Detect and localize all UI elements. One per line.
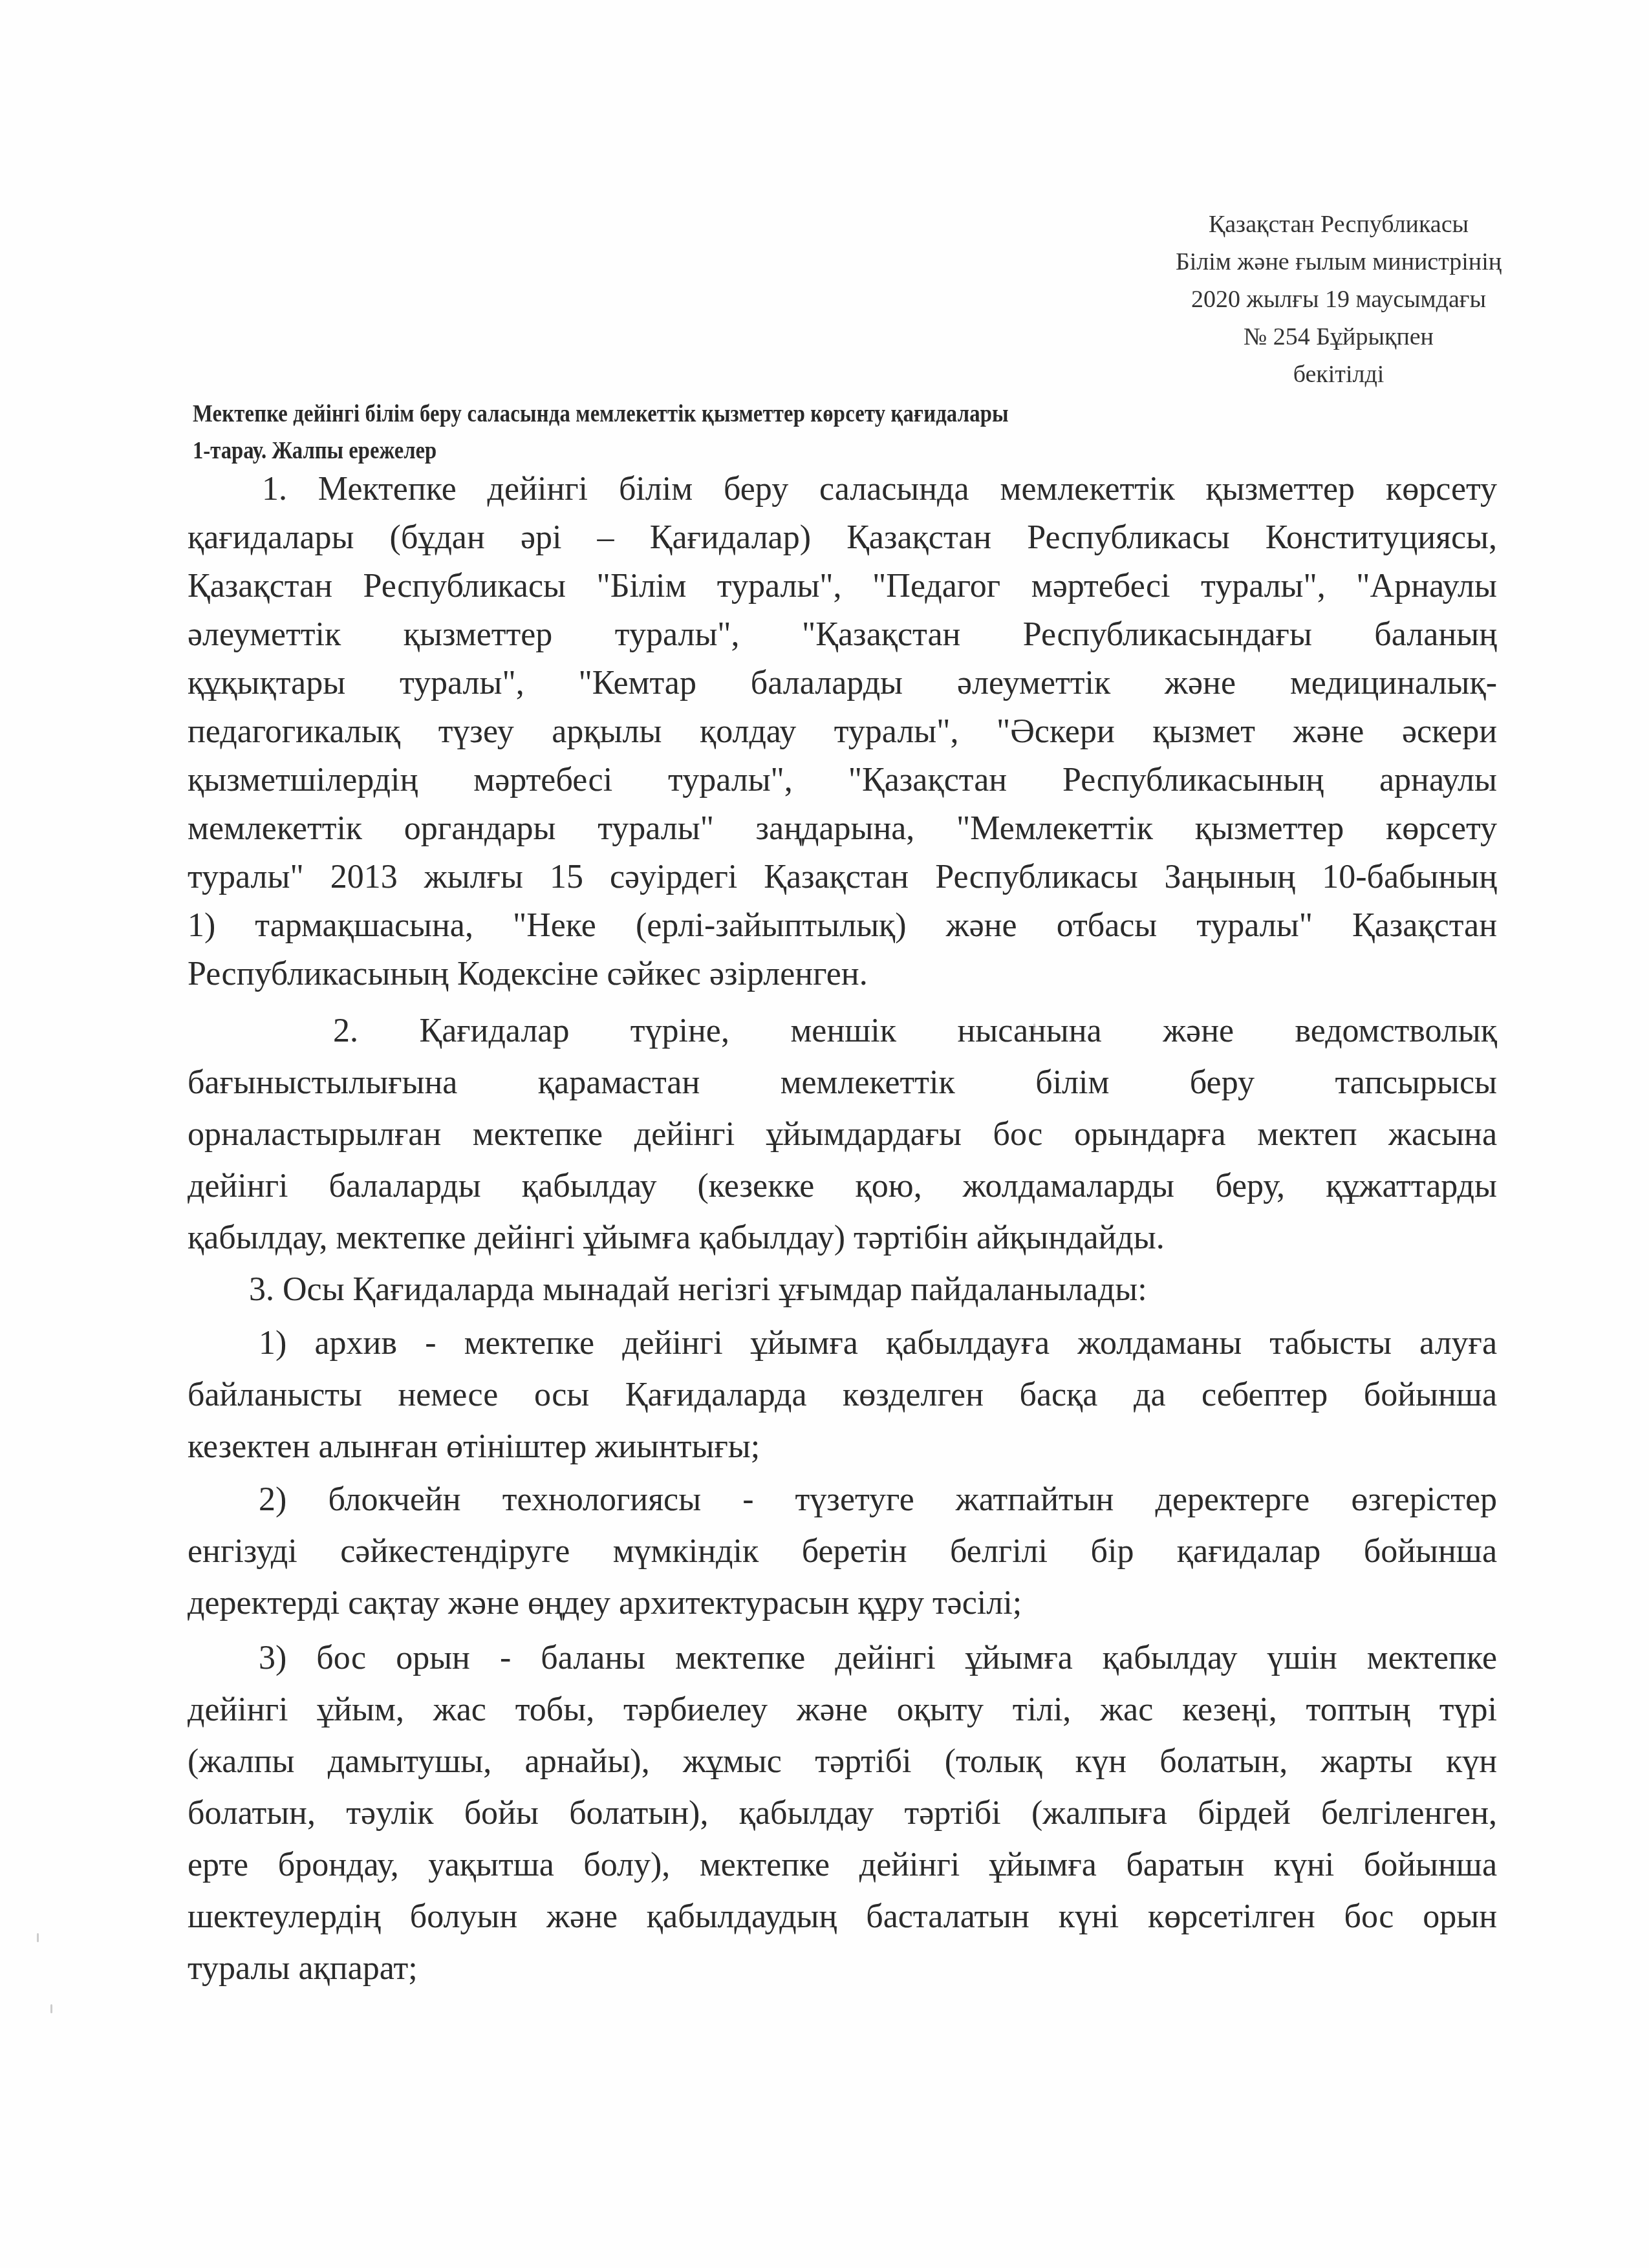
text-line: 3. Осы Қағидаларда мынадай негізгі ұғымд… xyxy=(188,1267,1497,1312)
text-line: қабылдау, мектепке дейінгі ұйымға қабылд… xyxy=(188,1215,1497,1261)
document-title: Мектепке дейінгі білім беру саласында ме… xyxy=(193,400,1009,428)
text-line: байланысты немесе осы Қағидаларда көздел… xyxy=(188,1373,1497,1418)
text-line: қызметшілердің мәртебесі туралы", "Қазақ… xyxy=(188,758,1497,803)
text-line: 2) блокчейн технологиясы - түзетуге жатп… xyxy=(188,1477,1497,1523)
text-line: туралы ақпарат; xyxy=(188,1946,1497,1991)
text-line: Қазақстан Республикасы "Білім туралы", "… xyxy=(188,564,1497,609)
approval-line: Білім және ғылым министрінің xyxy=(1145,243,1533,281)
text-line: педагогикалық түзеу арқылы қолдау туралы… xyxy=(188,709,1497,754)
approval-line: 2020 жылғы 19 маусымдағы xyxy=(1145,281,1533,318)
text-line: ерте брондау, уақытша болу), мектепке де… xyxy=(188,1843,1497,1888)
text-line: болатын, тәулік бойы болатын), қабылдау … xyxy=(188,1791,1497,1836)
scanned-document-page: Қазақстан Республикасы Білім және ғылым … xyxy=(0,0,1649,2268)
scan-speck xyxy=(1033,1023,1035,1032)
text-line: құқықтары туралы", "Кемтар балаларды әле… xyxy=(188,661,1497,706)
text-line: 1) архив - мектепке дейінгі ұйымға қабыл… xyxy=(188,1321,1497,1366)
text-line: енгізуді сәйкестендіруге мүмкіндік берет… xyxy=(188,1529,1497,1574)
text-line: 3) бос орын - баланы мектепке дейінгі ұй… xyxy=(188,1636,1497,1681)
approval-block: Қазақстан Республикасы Білім және ғылым … xyxy=(1145,206,1533,393)
text-line: 2. Қағидалар түріне, меншік нысанына жән… xyxy=(188,1009,1497,1054)
text-line: деректерді сақтау және өңдеу архитектура… xyxy=(188,1581,1497,1626)
text-line: қағидалары (бұдан әрі – Қағидалар) Қазақ… xyxy=(188,515,1497,561)
chapter-heading: 1-тарау. Жалпы ережелер xyxy=(193,436,436,465)
text-line: мемлекеттік органдары туралы" заңдарына,… xyxy=(188,806,1497,851)
text-line: 1) тармақшасына, "Неке (ерлі-зайыптылық)… xyxy=(188,903,1497,948)
approval-line: Қазақстан Республикасы xyxy=(1145,206,1533,243)
text-line: дейінгі балаларды қабылдау (кезекке қою,… xyxy=(188,1164,1497,1209)
text-line: бағыныстылығына қарамастан мемлекеттік б… xyxy=(188,1060,1497,1106)
approval-line: № 254 Бұйрықпен xyxy=(1145,318,1533,356)
text-line: (жалпы дамытушы, арнайы), жұмыс тәртібі … xyxy=(188,1739,1497,1784)
text-line: орналастырылған мектепке дейінгі ұйымдар… xyxy=(188,1112,1497,1157)
text-line: дейінгі ұйым, жас тобы, тәрбиелеу және о… xyxy=(188,1687,1497,1733)
scan-speck xyxy=(37,1933,39,1942)
text-line: шектеулердің болуын және қабылдаудың бас… xyxy=(188,1894,1497,1940)
text-line: 1. Мектепке дейінгі білім беру саласында… xyxy=(188,467,1497,512)
scan-speck xyxy=(50,2004,52,2013)
text-line: кезектен алынған өтініштер жиынтығы; xyxy=(188,1424,1497,1470)
approval-line: бекітілді xyxy=(1145,356,1533,393)
text-line: туралы" 2013 жылғы 15 сәуірдегі Қазақста… xyxy=(188,855,1497,900)
text-line: Республикасының Кодексіне сәйкес әзірлен… xyxy=(188,952,1497,997)
text-line: әлеуметтік қызметтер туралы", "Қазақстан… xyxy=(188,612,1497,658)
